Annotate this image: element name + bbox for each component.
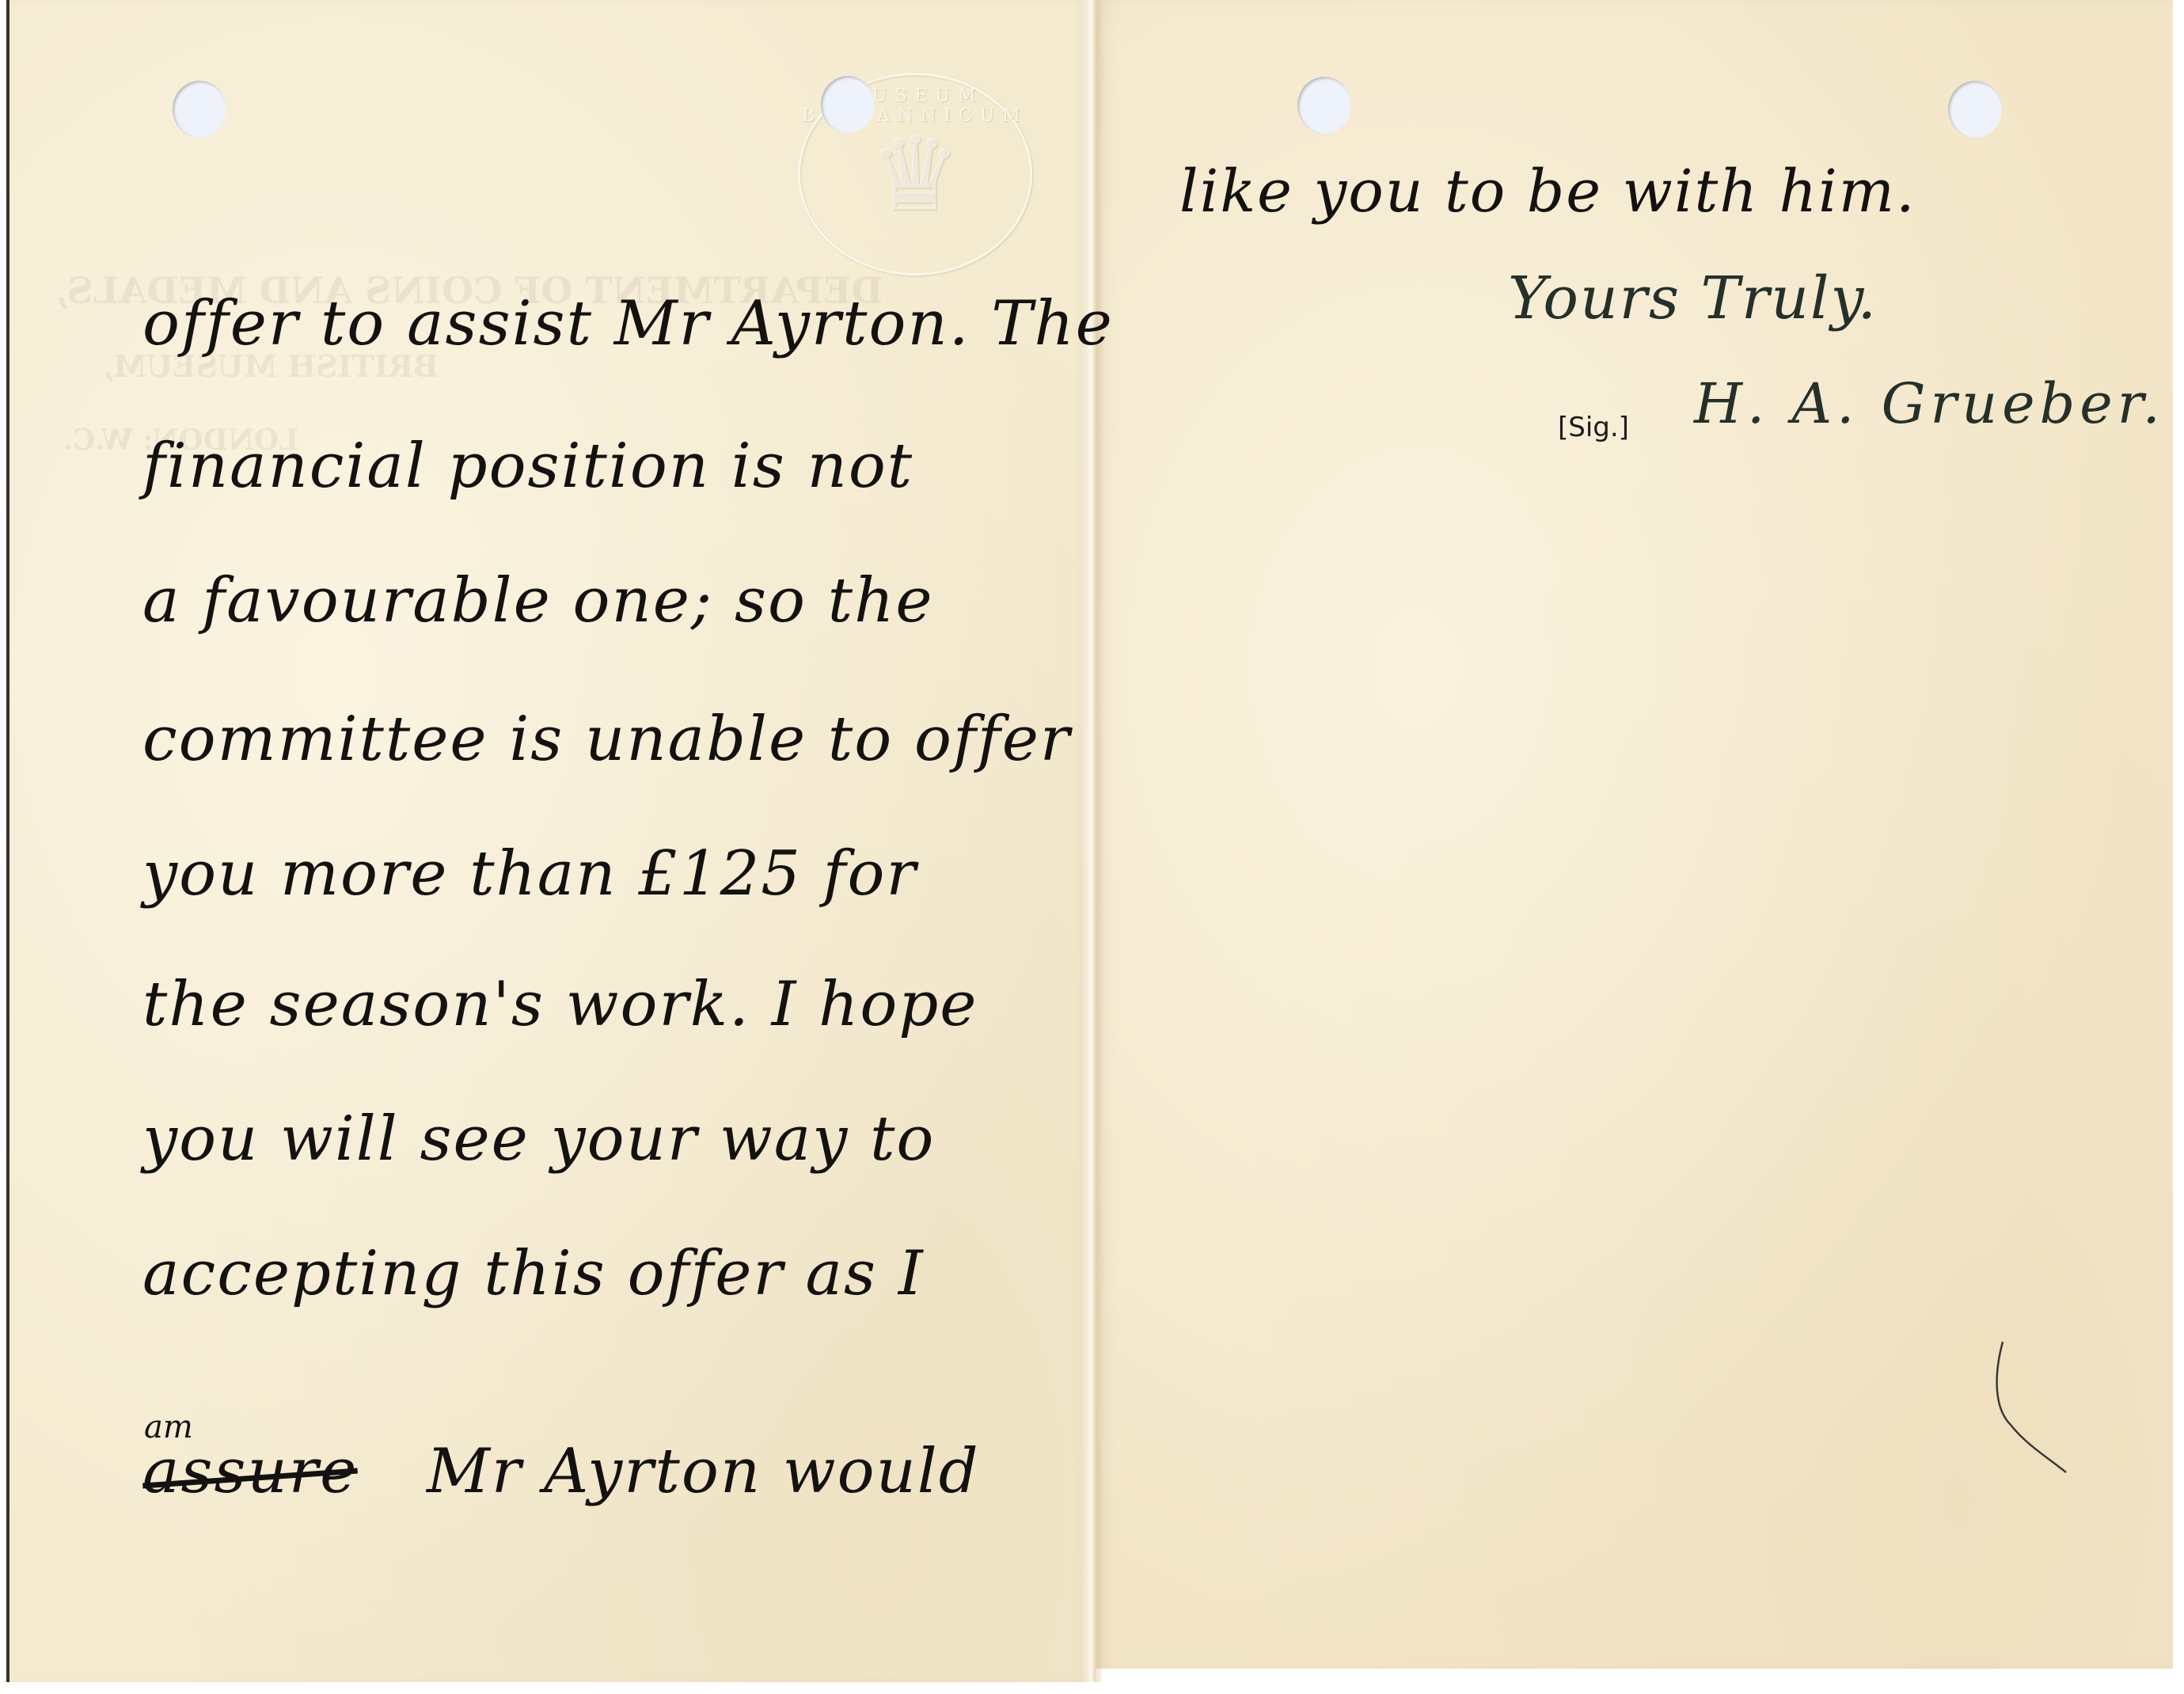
stray-pen-stroke bbox=[1987, 1338, 2074, 1480]
letter-line-1: offer to assist Mr Ayrton. The bbox=[142, 293, 1114, 355]
punch-hole bbox=[1948, 81, 2002, 138]
signature: H. A. Grueber. bbox=[1694, 376, 2165, 431]
editor-note-sig: [Sig.] bbox=[1558, 412, 1629, 443]
letter-line-3: a favourable one; so the bbox=[142, 570, 934, 632]
letter-line-2: financial position is not bbox=[142, 435, 913, 497]
page-fold-gutter bbox=[1081, 0, 1103, 1682]
letter-line-6: the season's work. I hope bbox=[142, 974, 978, 1035]
closing-salutation: Yours Truly. bbox=[1508, 269, 1878, 328]
struck-out-word: assure bbox=[142, 1436, 358, 1507]
letter-line-10: like you to be with him. bbox=[1179, 162, 1916, 221]
punch-hole bbox=[1297, 77, 1351, 134]
punch-hole bbox=[821, 76, 875, 133]
punch-hole bbox=[173, 81, 226, 138]
letter-line-9-text: Mr Ayrton would bbox=[427, 1436, 980, 1507]
letter-line-8: accepting this offer as I bbox=[142, 1243, 925, 1305]
letter-line-9: assure Mr Ayrton would bbox=[142, 1441, 980, 1502]
letter-line-7: you will see your way to bbox=[142, 1108, 935, 1170]
coat-of-arms-icon: ♛ bbox=[869, 123, 962, 226]
letter-line-4: committee is unable to offer bbox=[142, 708, 1071, 770]
letter-line-5: you more than £125 for bbox=[142, 843, 917, 905]
